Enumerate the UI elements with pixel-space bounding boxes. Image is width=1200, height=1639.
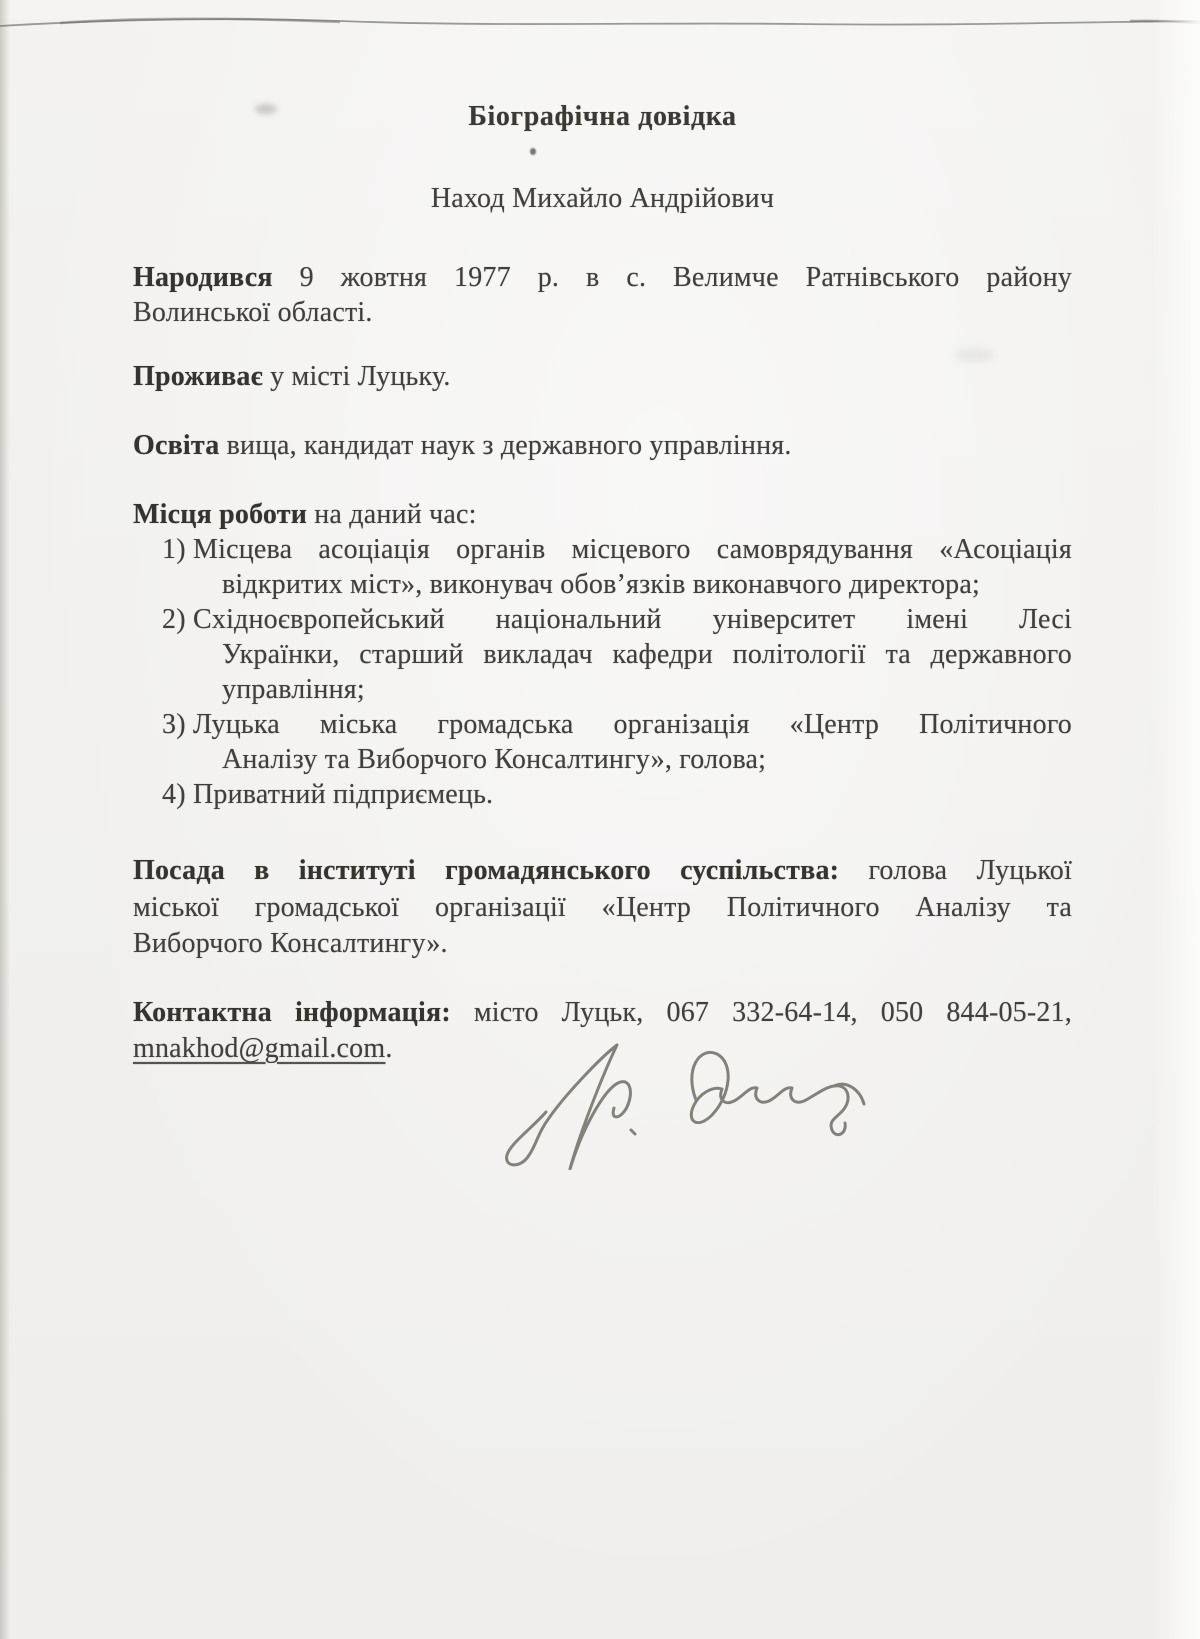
position-text: голова Луцької xyxy=(839,855,1072,886)
work-item-text: Луцька міська громадська організація «Це… xyxy=(193,707,1072,742)
work-item-line: 2) Східноєвропейський національний уніве… xyxy=(162,602,1072,637)
birth-text: 9 жовтня 1977 р. в с. Велимче Ратнівсько… xyxy=(273,262,1072,293)
contact-label: Контактна інформація: xyxy=(133,997,451,1028)
scan-right-edge-highlight xyxy=(1152,0,1200,1639)
list-item-number: 2) xyxy=(162,602,193,637)
birth-paragraph: Народився 9 жовтня 1977 р. в с. Велимче … xyxy=(133,260,1072,330)
work-list-item: 1) Місцева асоціація органів місцевого с… xyxy=(133,532,1072,602)
work-item-line: відкритих міст», виконувач обов’язків ви… xyxy=(162,567,1072,602)
birth-line-1: Народився 9 жовтня 1977 р. в с. Велимче … xyxy=(133,260,1072,295)
residence-label: Проживає xyxy=(133,361,263,392)
education-paragraph: Освіта вища, кандидат наук з державного … xyxy=(133,428,1072,463)
birth-label: Народився xyxy=(133,262,273,293)
contact-email: mnakhod@gmail.com xyxy=(133,1033,385,1064)
document-title: Біографічна довідка xyxy=(133,99,1072,134)
contact-email-period: . xyxy=(385,1033,392,1064)
person-name: Наход Михайло Андрійович xyxy=(133,181,1072,216)
work-item-line: управління; xyxy=(162,672,1072,707)
list-item-number: 4) xyxy=(162,777,193,812)
list-item-number: 3) xyxy=(162,707,193,742)
work-list-item: 2) Східноєвропейський національний уніве… xyxy=(133,602,1072,707)
document-page: Біографічна довідка Наход Михайло Андрій… xyxy=(133,0,1072,1068)
birth-line-2: Волинської області. xyxy=(133,295,1072,330)
position-line-1: Посада в інституті громадянського суспіл… xyxy=(133,853,1072,890)
residence-text: у місті Луцьку. xyxy=(263,361,451,392)
work-heading-rest: на даний час: xyxy=(307,499,477,530)
work-item-line: Українки, старший викладач кафедри політ… xyxy=(162,637,1072,672)
work-list-item: 3) Луцька міська громадська організація … xyxy=(133,707,1072,777)
handwritten-signature xyxy=(500,1038,872,1170)
education-label: Освіта xyxy=(133,430,219,461)
work-item-text: Східноєвропейський національний універси… xyxy=(193,602,1072,637)
work-heading: Місця роботи на даний час: xyxy=(133,497,1072,532)
scan-left-edge-shadow xyxy=(0,0,10,1639)
contact-line-1: Контактна інформація: місто Луцьк, 067 3… xyxy=(133,995,1072,1032)
work-item-line: 4) Приватний підприємець. xyxy=(162,777,1072,812)
work-list: 1) Місцева асоціація органів місцевого с… xyxy=(133,532,1072,812)
work-label: Місця роботи xyxy=(133,499,307,530)
list-item-number: 1) xyxy=(162,532,193,567)
work-item-line: Аналізу та Виборчого Консалтингу», голов… xyxy=(162,742,1072,777)
position-line-2: міської громадської організації «Центр П… xyxy=(133,890,1072,927)
work-item-line: 1) Місцева асоціація органів місцевого с… xyxy=(162,532,1072,567)
contact-text: місто Луцьк, 067 332-64-14, 050 844-05-2… xyxy=(451,997,1072,1028)
position-line-3: Виборчого Консалтингу». xyxy=(133,926,1072,963)
residence-paragraph: Проживає у місті Луцьку. xyxy=(133,359,1072,394)
work-item-text: Приватний підприємець. xyxy=(193,777,1072,812)
work-item-line: 3) Луцька міська громадська організація … xyxy=(162,707,1072,742)
position-label: Посада в інституті громадянського суспіл… xyxy=(133,855,839,886)
work-item-text: Місцева асоціація органів місцевого само… xyxy=(193,532,1072,567)
education-text: вища, кандидат наук з державного управлі… xyxy=(219,430,791,461)
work-list-item: 4) Приватний підприємець. xyxy=(133,777,1072,812)
position-paragraph: Посада в інституті громадянського суспіл… xyxy=(133,853,1072,963)
